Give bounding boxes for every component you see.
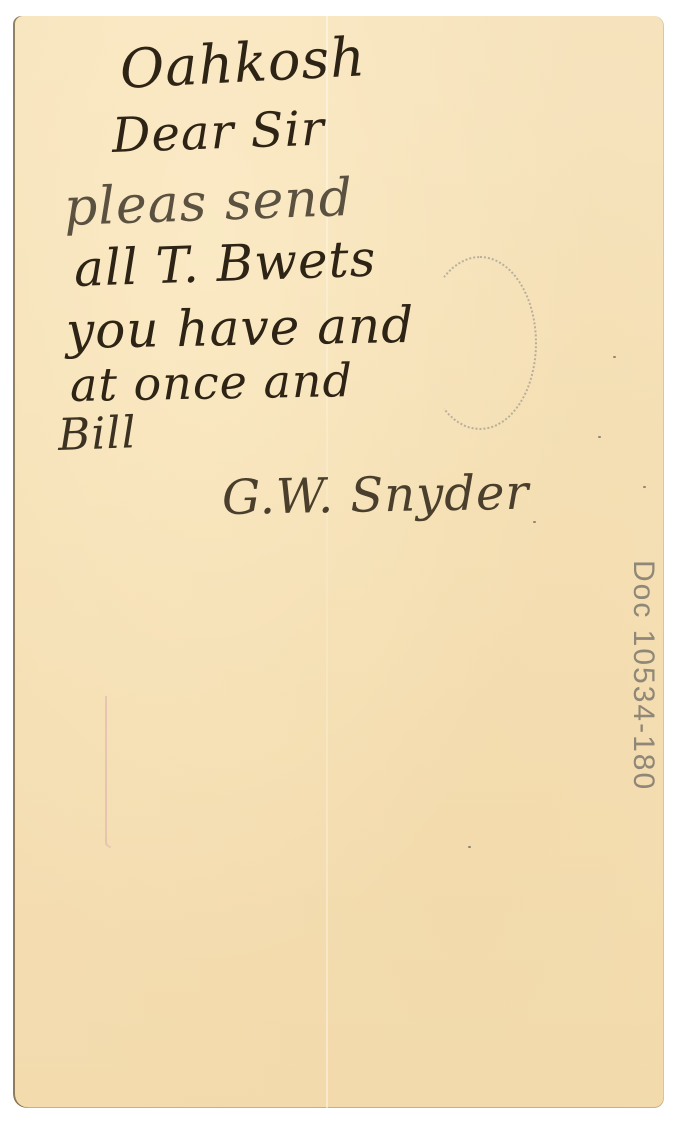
handwritten-line: at once and [70,353,354,412]
pencil-archive-note: Doc 10534-180 [626,560,660,791]
handwritten-salutation: Dear Sir [111,101,326,164]
handwritten-place: Oahkosh [118,25,367,101]
ink-speck [613,356,616,358]
ink-speck [598,436,601,438]
handwritten-line: pleas send [63,168,354,238]
ink-speck [468,846,471,848]
handwritten-line: Bill [57,407,137,461]
ink-speck [643,486,646,488]
faint-postmark [423,256,537,430]
scan-page: Oahkosh Dear Sir pleas send all T. Bwets… [0,0,674,1122]
handwritten-line: all T. Bwets [73,229,377,298]
ink-speck [533,521,536,523]
handwritten-signature: G.W. Snyder [222,465,530,526]
faint-pink-mark [105,696,111,848]
handwritten-line: you have and [65,296,414,360]
